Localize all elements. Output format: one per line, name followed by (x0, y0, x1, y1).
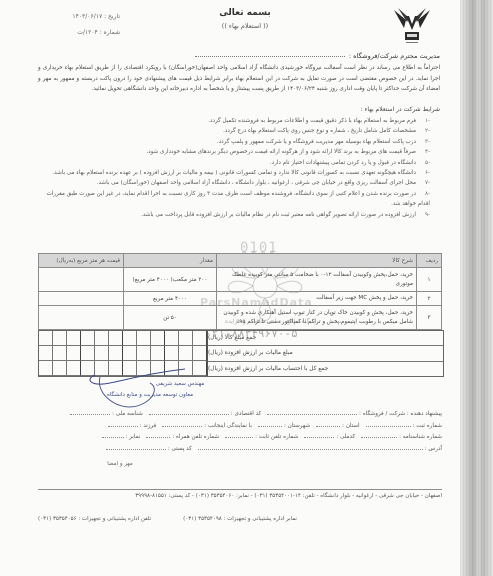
condition-item: -۶دانشگاه هیچگونه تعهدی نسبت به کسورات ق… (38, 168, 430, 178)
conditions-title: شرایط شرکت در استعلام بهاء : (38, 106, 440, 113)
condition-item: -۴صرفاً قیمت های مربوط به برند کالا ارائ… (38, 147, 430, 157)
father-name-field[interactable] (108, 420, 138, 427)
col-row: ردیف (417, 254, 442, 268)
footer-address: اصفهان - خیابان جی شرقی - ارغوانیه - بلو… (38, 492, 442, 501)
document-page: بسمه تعالی (( استعلام بهاء )) تاریخ : ۱۴… (0, 0, 460, 576)
date-value: ۱۴۰۳/۰۶/۱۷ (72, 13, 102, 20)
condition-item: -۲مشخصات کامل شامل تاریخ ، شماره و نوع ج… (38, 126, 430, 136)
document-heading: بسمه تعالی (190, 8, 300, 18)
total-goods-label: جمع مبلغ کالا (ریال) (208, 331, 443, 346)
conditions-list: -۱فرم مربوط به استعلام بهاء با ذکر دقیق … (38, 116, 430, 220)
number-field: شماره : ۱۲۰۴/ت (40, 29, 120, 36)
items-table-header: ردیف شرح کالا مقدار قیمت هر متر مربع (به… (39, 254, 442, 268)
table-row: ۲ خرید، حمل و پخش MC جهت زیر آسفالت ۴۰۰۰… (39, 292, 442, 306)
form-row-address: آدرس : کد پستی : (38, 443, 442, 455)
condition-item: -۷محل اجرای آسفالت ریزی واقع در خیابان ج… (38, 178, 430, 188)
signatory-name: مهندس سعید شریفی (120, 381, 240, 387)
col-unit-price: قیمت هر متر مربع (به‌ریال) (39, 254, 124, 268)
province-field[interactable] (316, 420, 340, 427)
address-field[interactable] (198, 443, 423, 450)
bidder-form: پیشنهاد دهنده : شرکت / فروشگاه : کد اقتص… (38, 408, 442, 454)
form-row-company: پیشنهاد دهنده : شرکت / فروشگاه : کد اقتص… (38, 408, 442, 420)
condition-item: -۱فرم مربوط به استعلام بهاء با ذکر دقیق … (38, 116, 430, 126)
document-subtitle: (( استعلام بهاء )) (190, 22, 300, 30)
addressee-blank (195, 56, 345, 57)
representative-field[interactable] (162, 420, 202, 427)
items-table: ردیف شرح کالا مقدار قیمت هر متر مربع (به… (38, 253, 442, 330)
company-name-field[interactable] (267, 408, 357, 415)
col-quantity: مقدار (124, 254, 217, 268)
support-phone: تلفن اداره پشتیبانی و تجهیزات : ۳۵۳۵۴۰۵۶… (38, 516, 151, 522)
table-row: ۳ خرید، حمل، پخش و کوبیدن خاک توپان در ک… (39, 306, 442, 330)
signatory-title: معاون توسعه مدیریت و منابع دانشگاه (60, 392, 240, 398)
col-description: شرح کالا (217, 254, 417, 268)
unit-price-cell[interactable] (39, 292, 124, 306)
vat-amount-label: مبلغ مالیات بر ارزش افزوده (ریال) (208, 346, 443, 361)
economic-code-field[interactable] (149, 408, 229, 415)
grand-total-label: جمع کل با احتساب مالیات بر ارزش افزوده (… (208, 362, 443, 376)
national-code-field[interactable] (304, 431, 334, 438)
national-id-field[interactable] (70, 408, 110, 415)
condition-item: -۵دانشگاه در قبول و یا رد کردن تمامی پیش… (38, 158, 430, 168)
support-fax: نمابر اداره پشتیبانی و تجهیزات : ۳۵۳۵۴۰۹… (183, 516, 297, 522)
unit-price-cell[interactable] (39, 306, 124, 330)
university-emblem-icon (390, 6, 434, 50)
fax-field[interactable] (102, 431, 124, 438)
number-value: ۱۲۰۴/ت (77, 29, 98, 36)
number-label: شماره : (100, 29, 120, 36)
addressee-line: مدیریت محترم شرکت/فروشگاه : (140, 52, 440, 60)
form-row-identity: شماره شناسنامه : کدملی : شماره تلفن ثابت… (38, 431, 442, 443)
condition-item: -۳درب پاکت استعلام بهاء بوسیله مهر مدیری… (38, 137, 430, 147)
addressee-label: مدیریت محترم شرکت/فروشگاه : (349, 52, 440, 60)
stamp-signature-label: مهر و امضا (90, 461, 150, 467)
city-field[interactable] (258, 420, 282, 427)
mobile-field[interactable] (146, 431, 170, 438)
postal-code-field[interactable] (106, 443, 166, 450)
date-label: تاریخ : (104, 13, 120, 20)
condition-item: -۹ارزش افزوده در صورت ارائه تصویر گواهی … (38, 210, 430, 220)
date-field: تاریخ : ۱۴۰۳/۰۶/۱۷ (40, 13, 120, 20)
intro-paragraph: احتراماً به اطلاع می رساند در نظر است آس… (38, 63, 440, 95)
footer-contacts: تلفن اداره پشتیبانی و تجهیزات : ۳۵۳۵۴۰۵۶… (38, 516, 442, 522)
birth-certificate-field[interactable] (361, 431, 397, 438)
landline-field[interactable] (225, 431, 253, 438)
footer-divider (38, 489, 442, 490)
condition-item: -۸در صورت برنده شدن و اعلام کتبی از سوی … (38, 189, 430, 210)
unit-price-cell[interactable] (39, 268, 124, 292)
form-row-registration: شماره ثبت : استان : شهرستان : با نمایندگ… (38, 420, 442, 432)
scan-edge-strip (460, 0, 493, 576)
table-row: ۱ خرید، حمل،پخش وکوبیدن آسفالت ۱۲-۰ با ض… (39, 268, 442, 292)
totals-labels: جمع مبلغ کالا (ریال) مبلغ مالیات بر ارزش… (207, 331, 443, 376)
registration-number-field[interactable] (366, 420, 411, 427)
